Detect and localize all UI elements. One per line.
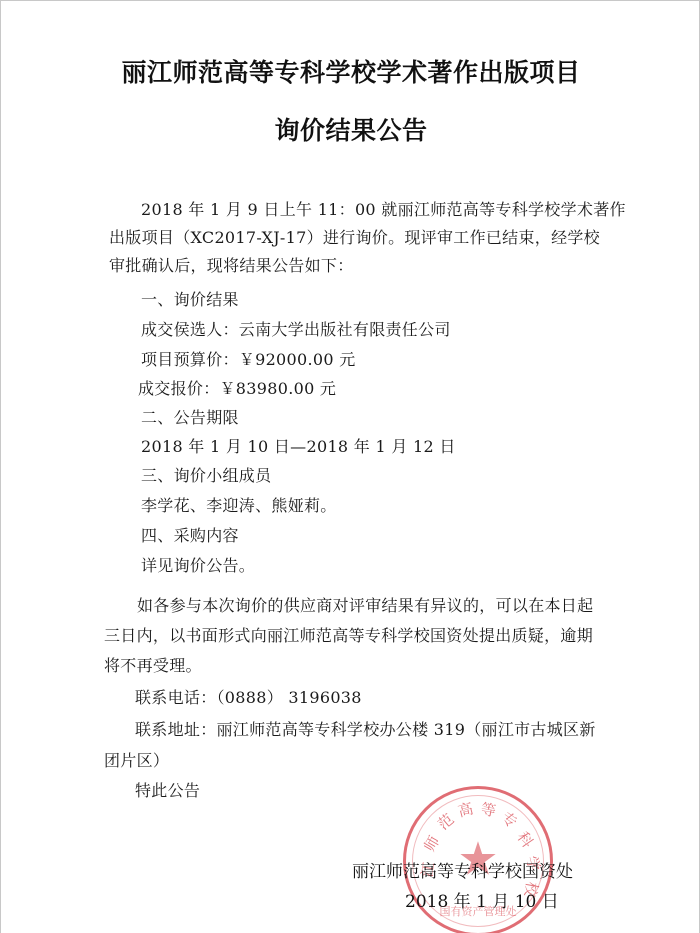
- section4-heading: 四、采购内容: [141, 523, 239, 546]
- contact-address-line-1: 联系地址：丽江师范高等专科学校办公楼 319（丽江市古城区新: [135, 717, 596, 740]
- section3-heading: 三、询价小组成员: [141, 463, 271, 486]
- signature-org: 丽江师范高等专科学校国资处: [352, 857, 573, 882]
- winner-text: 成交侯选人：云南大学出版社有限责任公司: [141, 317, 451, 340]
- bid-text: 成交报价：￥83980.00 元: [138, 376, 336, 399]
- section1-heading: 一、询价结果: [141, 287, 239, 310]
- budget-text: 项目预算价：￥92000.00 元: [141, 347, 356, 370]
- closing-text: 特此公告: [135, 778, 200, 801]
- intro-line-1: 2018 年 1 月 9 日上午 11：00 就丽江师范高等专科学校学术著作: [141, 197, 626, 220]
- contact-address-line-2: 团片区）: [104, 748, 169, 771]
- members-text: 李学花、李迎涛、熊娅莉。: [141, 493, 337, 516]
- section2-heading: 二、公告期限: [141, 405, 239, 428]
- document-title: 丽江师范高等专科学校学术著作出版项目: [1, 53, 700, 89]
- content-text: 详见询价公告。: [141, 553, 255, 576]
- document-page: 丽江师范高等专科学校学术著作出版项目 询价结果公告 2018 年 1 月 9 日…: [0, 0, 700, 933]
- objection-line-1: 如各参与本次询价的供应商对评审结果有异议的，可以在本日起: [137, 593, 593, 616]
- period-text: 2018 年 1 月 10 日—2018 年 1 月 12 日: [141, 434, 456, 457]
- intro-line-3: 审批确认后，现将结果公告如下：: [109, 253, 354, 276]
- signature-date: 2018 年 1 月 10 日: [405, 887, 559, 912]
- objection-line-3: 将不再受理。: [104, 653, 202, 676]
- intro-line-2: 出版项目（XC2017-XJ-17）进行询价。现评审工作已结束，经学校: [109, 225, 600, 248]
- objection-line-2: 三日内，以书面形式向丽江师范高等专科学校国资处提出质疑，逾期: [104, 623, 593, 646]
- contact-phone: 联系电话：（0888） 3196038: [135, 685, 362, 708]
- document-subtitle: 询价结果公告: [1, 111, 700, 147]
